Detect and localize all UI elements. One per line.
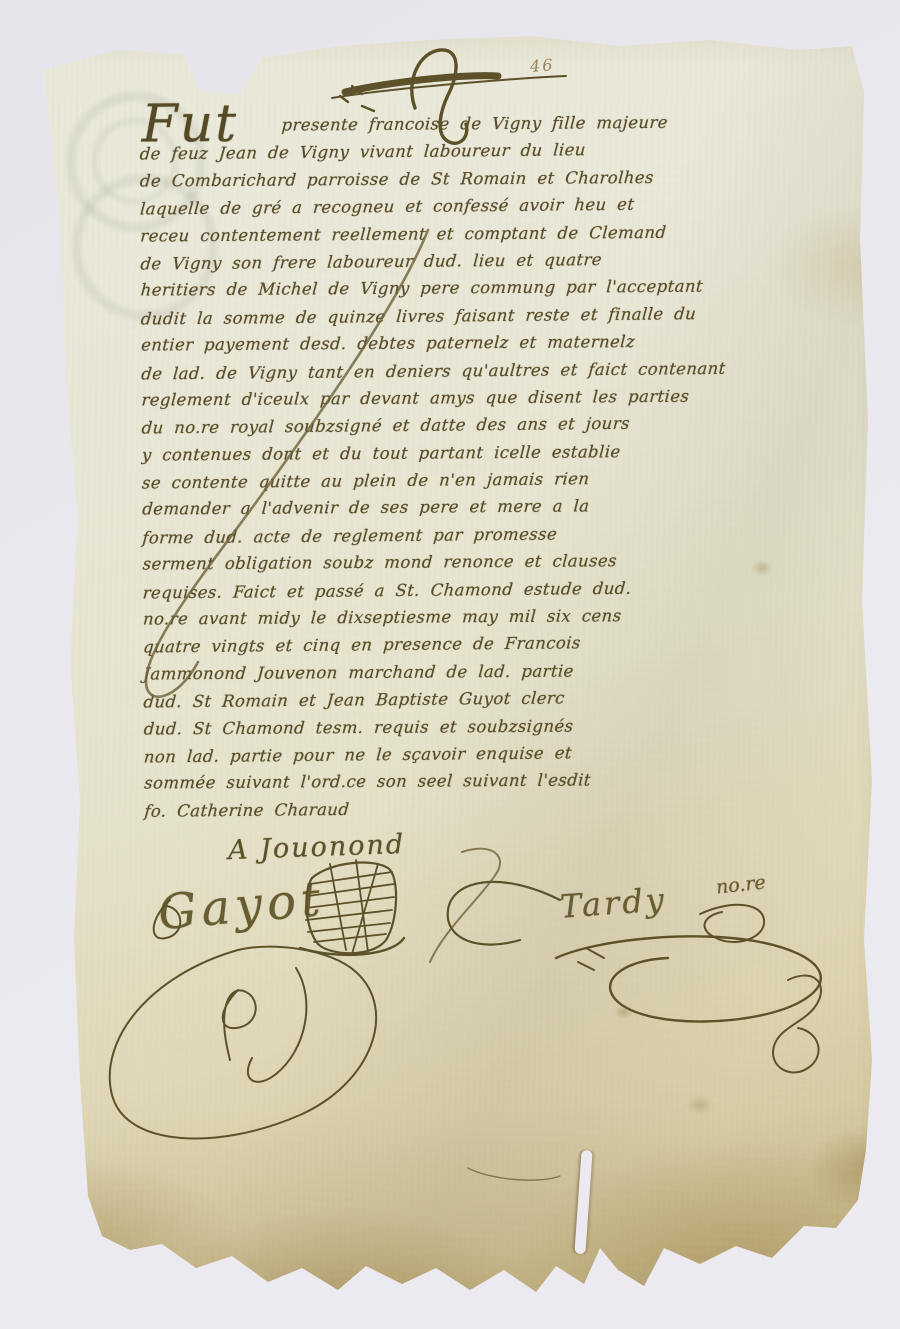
folio-number: 46 <box>529 55 555 76</box>
manuscript-text-block: Fut presente francoise de Vigny fille ma… <box>140 107 867 824</box>
manuscript-line: fo. Catherine Charaud <box>143 795 385 825</box>
photo-background: 46 Fut presente francoise de Vigny fille… <box>0 0 900 1329</box>
signature-witness: A Jouonond <box>228 829 406 866</box>
manuscript-paper: 46 Fut presente francoise de Vigny fille… <box>0 0 900 1329</box>
ink-blots <box>36 443 71 517</box>
manuscript-line: sommée suivant l'ord.ce son seel suivant… <box>143 765 867 797</box>
signature-notary: Tardy <box>559 880 668 925</box>
